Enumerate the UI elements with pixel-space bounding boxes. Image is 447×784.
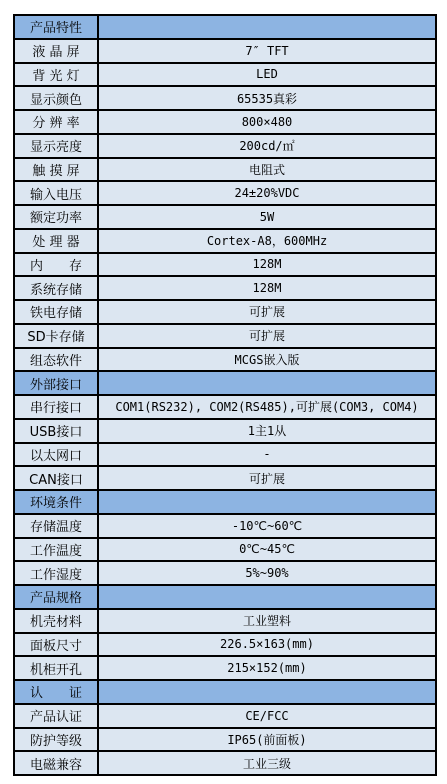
spec-value-cell: 可扩展 (98, 300, 436, 324)
spec-label-cell: 处 理 器 (14, 229, 98, 253)
spec-value-cell: 可扩展 (98, 466, 436, 490)
spec-row: 系统存储128M (14, 276, 436, 300)
spec-row: 触 摸 屏电阻式 (14, 158, 436, 182)
spec-label-cell: 系统存储 (14, 276, 98, 300)
spec-row: 处 理 器Cortex-A8，600MHz (14, 229, 436, 253)
spec-row: 内 存128M (14, 253, 436, 277)
spec-row: 防护等级IP65(前面板) (14, 728, 436, 752)
section-empty-cell (98, 371, 436, 395)
spec-value-cell: 800×480 (98, 110, 436, 134)
spec-row: 显示颜色65535真彩 (14, 86, 436, 110)
spec-label-cell: 铁电存储 (14, 300, 98, 324)
spec-label-cell: 工作温度 (14, 538, 98, 562)
spec-value-cell: 可扩展 (98, 324, 436, 348)
spec-row: 工作湿度5%~90% (14, 561, 436, 585)
spec-row: 铁电存储可扩展 (14, 300, 436, 324)
spec-value-cell: 工业三级 (98, 751, 436, 775)
spec-label-cell: SD卡存储 (14, 324, 98, 348)
section-title-cell: 认 证 (14, 680, 98, 704)
spec-row: 工作温度0℃~45℃ (14, 538, 436, 562)
spec-label-cell: 输入电压 (14, 181, 98, 205)
spec-row: 存储温度-10℃~60℃ (14, 514, 436, 538)
spec-row: 串行接口COM1(RS232), COM2(RS485),可扩展(COM3, C… (14, 395, 436, 419)
spec-value-cell: Cortex-A8，600MHz (98, 229, 436, 253)
spec-row: 电磁兼容工业三级 (14, 751, 436, 775)
section-title-cell: 环境条件 (14, 490, 98, 514)
section-title-cell: 产品规格 (14, 585, 98, 609)
spec-label-cell: 分 辨 率 (14, 110, 98, 134)
spec-table: 产品特性液 晶 屏7″ TFT背 光 灯LED显示颜色65535真彩分 辨 率8… (13, 14, 437, 776)
section-header-row: 外部接口 (14, 371, 436, 395)
spec-value-cell: IP65(前面板) (98, 728, 436, 752)
spec-value-cell: 5W (98, 205, 436, 229)
spec-row: 面板尺寸226.5×163(mm) (14, 633, 436, 657)
spec-value-cell: 215×152(mm) (98, 656, 436, 680)
spec-value-cell: 0℃~45℃ (98, 538, 436, 562)
section-empty-cell (98, 680, 436, 704)
spec-label-cell: 以太网口 (14, 443, 98, 467)
spec-label-cell: 组态软件 (14, 348, 98, 372)
spec-row: 机壳材料工业塑料 (14, 609, 436, 633)
spec-label-cell: 显示亮度 (14, 134, 98, 158)
spec-label-cell: USB接口 (14, 419, 98, 443)
spec-value-cell: 65535真彩 (98, 86, 436, 110)
spec-label-cell: 防护等级 (14, 728, 98, 752)
section-empty-cell (98, 490, 436, 514)
section-empty-cell (98, 15, 436, 39)
spec-row: 输入电压24±20%VDC (14, 181, 436, 205)
spec-value-cell: 226.5×163(mm) (98, 633, 436, 657)
section-header-row: 产品特性 (14, 15, 436, 39)
spec-row: 显示亮度200cd/㎡ (14, 134, 436, 158)
product-spec-sheet: 产品特性液 晶 屏7″ TFT背 光 灯LED显示颜色65535真彩分 辨 率8… (13, 14, 437, 776)
spec-value-cell: COM1(RS232), COM2(RS485),可扩展(COM3, COM4) (98, 395, 436, 419)
spec-label-cell: 内 存 (14, 253, 98, 277)
spec-label-cell: 产品认证 (14, 704, 98, 728)
spec-label-cell: 触 摸 屏 (14, 158, 98, 182)
section-header-row: 认 证 (14, 680, 436, 704)
spec-row: 分 辨 率800×480 (14, 110, 436, 134)
spec-label-cell: 液 晶 屏 (14, 39, 98, 63)
spec-value-cell: 电阻式 (98, 158, 436, 182)
section-header-row: 环境条件 (14, 490, 436, 514)
spec-label-cell: CAN接口 (14, 466, 98, 490)
spec-value-cell: 工业塑料 (98, 609, 436, 633)
spec-table-body: 产品特性液 晶 屏7″ TFT背 光 灯LED显示颜色65535真彩分 辨 率8… (14, 15, 436, 775)
spec-label-cell: 显示颜色 (14, 86, 98, 110)
section-header-row: 产品规格 (14, 585, 436, 609)
spec-label-cell: 机柜开孔 (14, 656, 98, 680)
spec-value-cell: 128M (98, 276, 436, 300)
section-empty-cell (98, 585, 436, 609)
spec-label-cell: 额定功率 (14, 205, 98, 229)
spec-row: USB接口1主1从 (14, 419, 436, 443)
spec-value-cell: 7″ TFT (98, 39, 436, 63)
spec-label-cell: 存储温度 (14, 514, 98, 538)
spec-label-cell: 串行接口 (14, 395, 98, 419)
spec-value-cell: MCGS嵌入版 (98, 348, 436, 372)
spec-value-cell: - (98, 443, 436, 467)
section-title-cell: 外部接口 (14, 371, 98, 395)
spec-row: 额定功率5W (14, 205, 436, 229)
spec-label-cell: 面板尺寸 (14, 633, 98, 657)
spec-row: 液 晶 屏7″ TFT (14, 39, 436, 63)
spec-row: 组态软件MCGS嵌入版 (14, 348, 436, 372)
spec-value-cell: LED (98, 63, 436, 87)
spec-row: 以太网口- (14, 443, 436, 467)
spec-label-cell: 工作湿度 (14, 561, 98, 585)
spec-row: 背 光 灯LED (14, 63, 436, 87)
spec-value-cell: -10℃~60℃ (98, 514, 436, 538)
spec-value-cell: 5%~90% (98, 561, 436, 585)
spec-label-cell: 电磁兼容 (14, 751, 98, 775)
spec-label-cell: 背 光 灯 (14, 63, 98, 87)
spec-row: 产品认证CE/FCC (14, 704, 436, 728)
spec-row: CAN接口可扩展 (14, 466, 436, 490)
spec-value-cell: 128M (98, 253, 436, 277)
section-title-cell: 产品特性 (14, 15, 98, 39)
spec-row: 机柜开孔215×152(mm) (14, 656, 436, 680)
spec-label-cell: 机壳材料 (14, 609, 98, 633)
spec-row: SD卡存储可扩展 (14, 324, 436, 348)
spec-value-cell: CE/FCC (98, 704, 436, 728)
spec-value-cell: 200cd/㎡ (98, 134, 436, 158)
spec-value-cell: 24±20%VDC (98, 181, 436, 205)
spec-value-cell: 1主1从 (98, 419, 436, 443)
